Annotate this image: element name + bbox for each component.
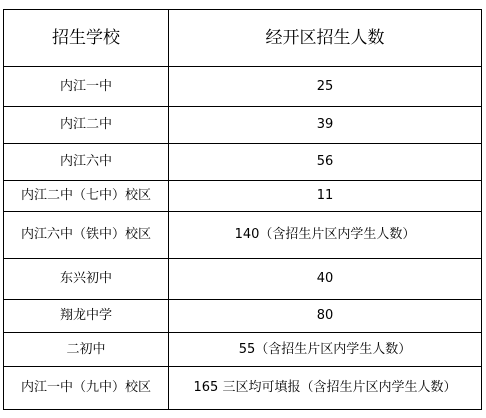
table-row: 内江一中（九中）校区 165 三区均可填报（含招生片区内学生人数）	[4, 367, 482, 410]
count-cell: 55（含招生片区内学生人数）	[169, 333, 482, 367]
count-cell: 165 三区均可填报（含招生片区内学生人数）	[169, 367, 482, 410]
school-cell: 内江一中（九中）校区	[4, 367, 169, 410]
table-row: 二初中 55（含招生片区内学生人数）	[4, 333, 482, 367]
count-cell: 56	[169, 144, 482, 181]
table-row: 翔龙中学 80	[4, 300, 482, 333]
header-row: 招生学校 经开区招生人数	[4, 10, 482, 67]
count-cell: 140（含招生片区内学生人数）	[169, 212, 482, 259]
header-count: 经开区招生人数	[169, 10, 482, 67]
school-cell: 内江一中	[4, 67, 169, 107]
table-row: 内江二中（七中）校区 11	[4, 181, 482, 212]
table-row: 内江二中 39	[4, 107, 482, 144]
count-cell: 25	[169, 67, 482, 107]
table-row: 内江六中（铁中）校区 140（含招生片区内学生人数）	[4, 212, 482, 259]
school-cell: 内江六中	[4, 144, 169, 181]
school-cell: 东兴初中	[4, 259, 169, 300]
school-cell: 二初中	[4, 333, 169, 367]
count-cell: 11	[169, 181, 482, 212]
count-cell: 39	[169, 107, 482, 144]
count-cell: 80	[169, 300, 482, 333]
school-cell: 翔龙中学	[4, 300, 169, 333]
count-cell: 40	[169, 259, 482, 300]
school-cell: 内江二中（七中）校区	[4, 181, 169, 212]
table-row: 内江一中 25	[4, 67, 482, 107]
table-row: 东兴初中 40	[4, 259, 482, 300]
enrollment-table: 招生学校 经开区招生人数 内江一中 25 内江二中 39 内江六中 56 内江二…	[3, 9, 482, 410]
school-cell: 内江六中（铁中）校区	[4, 212, 169, 259]
school-cell: 内江二中	[4, 107, 169, 144]
table-row: 内江六中 56	[4, 144, 482, 181]
header-school: 招生学校	[4, 10, 169, 67]
